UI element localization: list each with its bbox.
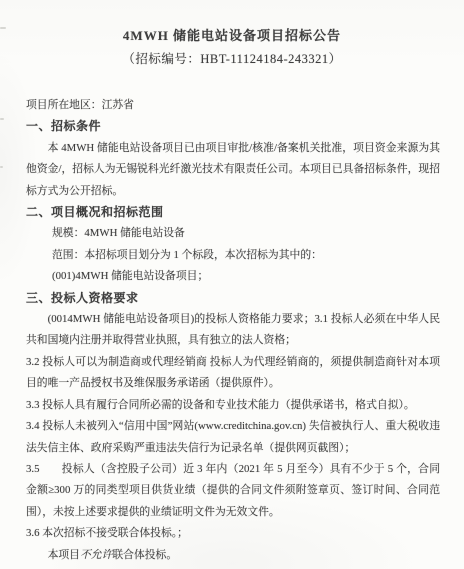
section-heading-bidder-qualifications: 三、投标人资格要求 [26, 288, 440, 309]
document-title: 4MWH 储能电站设备项目招标公告 [0, 27, 464, 45]
requirement-3-3: 3.3 投标人具有履行合同所必需的设备和专业技术能力（提供承诺书，格式自拟）。 [26, 395, 440, 416]
title-block: 4MWH 储能电站设备项目招标公告 （招标编号：HBT-11124184-243… [0, 0, 464, 68]
scanned-tender-document: 4MWH 储能电站设备项目招标公告 （招标编号：HBT-11124184-243… [0, 0, 464, 569]
consortium-not-allowed-line: 本项目不允许联合体投标。 [26, 545, 440, 566]
requirement-3-5: 3.5 投标人（含控股子公司）近 3 年内（2021 年 5 月至今）具有不少于… [26, 459, 440, 523]
tender-number-line: （招标编号：HBT-11124184-243321） [0, 50, 464, 68]
item-bid-section-001: (001)4MWH 储能电站设备项目； [26, 266, 440, 287]
item-project-scale: 规模：4MWH 储能电站设备 [26, 223, 440, 244]
scan-noise-speck [0, 166, 3, 168]
scan-noise-speck [0, 118, 4, 120]
requirement-3-1: (0014MWH 储能电站设备项目)的投标人资格能力要求；3.1 投标人必须在中… [26, 309, 440, 352]
paragraph-bidding-conditions: 本 4MWH 储能电站设备项目已由项目审批/核准/备案机关批准，项目资金来源为其… [26, 138, 440, 202]
requirement-3-4: 3.4 投标人未被列入“信用中国”网站(www.creditchina.gov.… [26, 416, 440, 459]
section-heading-bidding-conditions: 一、招标条件 [26, 116, 440, 137]
closing-prefix: 本项目 [48, 549, 80, 561]
item-project-scope: 范围：本招标项目划分为 1 个标段，本次招标为其中的： [26, 245, 440, 266]
scan-noise-speck [0, 27, 6, 29]
closing-emphasis-not-allowed: 不允许 [80, 549, 112, 561]
requirement-3-6: 3.6 本次招标不接受联合体投标。； [26, 523, 440, 544]
document-body: 项目所在地区：江苏省 一、招标条件 本 4MWH 储能电站设备项目已由项目审批/… [0, 95, 464, 566]
requirement-3-2: 3.2 投标人可以为制造商或代理经销商 投标人为代理经销商的，须提供制造商针对本… [26, 352, 440, 395]
closing-suffix: 联合体投标。 [112, 549, 177, 561]
section-heading-project-overview: 二、项目概况和招标范围 [26, 202, 440, 223]
project-location-line: 项目所在地区：江苏省 [26, 95, 440, 116]
